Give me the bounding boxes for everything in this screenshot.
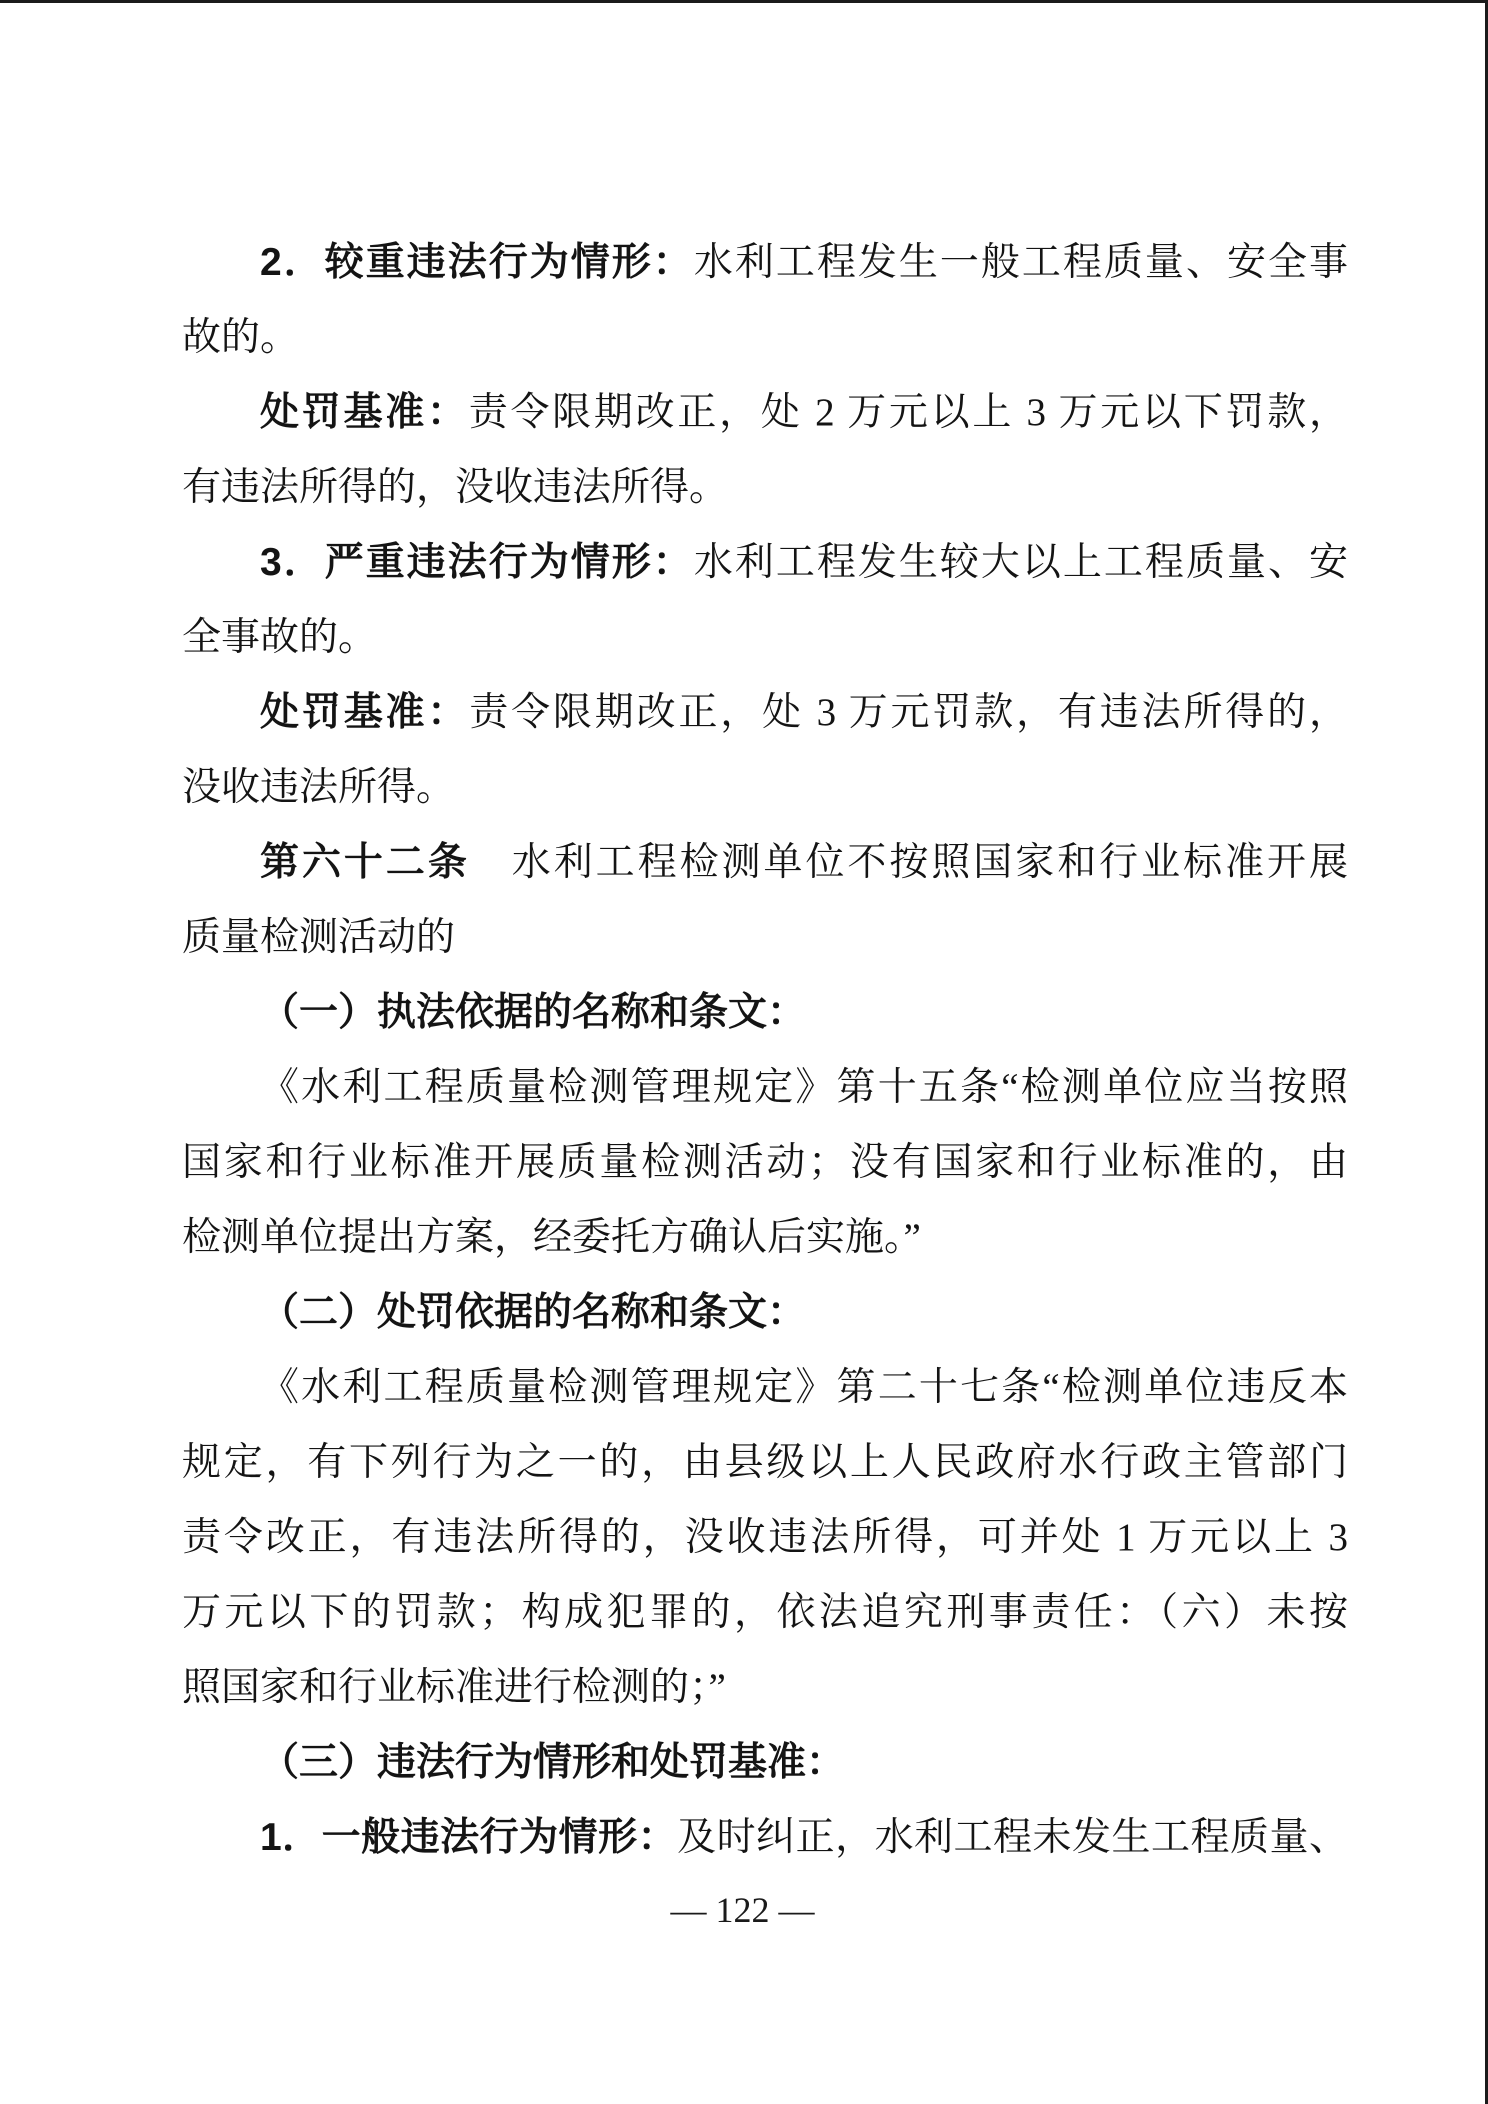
text-segment: 水利工程检测单位不按照国家和行业标准开展 <box>470 841 1348 884</box>
text-segment-emphasis: （三）违法行为情形和处罚基准： <box>260 1741 845 1784</box>
text-segment-emphasis: 处罚基准： <box>260 391 469 434</box>
text-line: 规定，有下列行为之一的，由县级以上人民政府水行政主管部门 <box>182 1425 1348 1500</box>
text-line: （一）执法依据的名称和条文： <box>182 975 1348 1050</box>
text-line: 处罚基准：责令限期改正，处 3 万元罚款，有违法所得的， <box>182 675 1348 750</box>
document-page: 2．较重违法行为情形：水利工程发生一般工程质量、安全事故的。处罚基准：责令限期改… <box>0 0 1488 2104</box>
text-segment: 责令限期改正，处 2 万元以上 3 万元以下罚款， <box>469 391 1348 434</box>
text-line: 国家和行业标准开展质量检测活动；没有国家和行业标准的，由 <box>182 1125 1348 1200</box>
text-line: 2．较重违法行为情形：水利工程发生一般工程质量、安全事 <box>182 225 1348 300</box>
text-line: 《水利工程质量检测管理规定》第二十七条“检测单位违反本 <box>182 1350 1348 1425</box>
text-segment-emphasis: 1．一般违法行为情形： <box>260 1816 677 1859</box>
text-segment: 《水利工程质量检测管理规定》第十五条“检测单位应当按照 <box>260 1066 1348 1109</box>
text-segment-emphasis: （一）执法依据的名称和条文： <box>260 991 806 1034</box>
text-line: 照国家和行业标准进行检测的；” <box>182 1650 1348 1725</box>
text-segment: 水利工程发生一般工程质量、安全事 <box>694 241 1348 284</box>
text-segment-emphasis: 3．严重违法行为情形： <box>260 541 694 584</box>
text-line: 责令改正，有违法所得的，没收违法所得，可并处 1 万元以上 3 <box>182 1500 1348 1575</box>
text-segment: 有违法所得的，没收违法所得。 <box>182 466 728 509</box>
text-segment-emphasis: （二）处罚依据的名称和条文： <box>260 1291 806 1334</box>
text-line: 全事故的。 <box>182 600 1348 675</box>
text-line: 处罚基准：责令限期改正，处 2 万元以上 3 万元以下罚款， <box>182 375 1348 450</box>
text-segment-emphasis: 2．较重违法行为情形： <box>260 241 694 284</box>
text-segment: 照国家和行业标准进行检测的；” <box>182 1666 726 1709</box>
text-segment-emphasis: 处罚基准： <box>260 691 469 734</box>
text-line: 万元以下的罚款；构成犯罪的，依法追究刑事责任：（六）未按 <box>182 1575 1348 1650</box>
text-line: 故的。 <box>182 300 1348 375</box>
text-line: （三）违法行为情形和处罚基准： <box>182 1725 1348 1800</box>
text-segment: 《水利工程质量检测管理规定》第二十七条“检测单位违反本 <box>260 1366 1348 1409</box>
text-segment: 国家和行业标准开展质量检测活动；没有国家和行业标准的，由 <box>182 1141 1348 1184</box>
text-line: 没收违法所得。 <box>182 750 1348 825</box>
text-line: 《水利工程质量检测管理规定》第十五条“检测单位应当按照 <box>182 1050 1348 1125</box>
text-segment: 水利工程发生较大以上工程质量、安 <box>694 541 1348 584</box>
text-line: 检测单位提出方案，经委托方确认后实施。” <box>182 1200 1348 1275</box>
text-line: 第六十二条 水利工程检测单位不按照国家和行业标准开展 <box>182 825 1348 900</box>
text-line: （二）处罚依据的名称和条文： <box>182 1275 1348 1350</box>
text-segment: 万元以下的罚款；构成犯罪的，依法追究刑事责任：（六）未按 <box>182 1591 1348 1634</box>
text-segment: 检测单位提出方案，经委托方确认后实施。” <box>182 1216 921 1259</box>
document-body: 2．较重违法行为情形：水利工程发生一般工程质量、安全事故的。处罚基准：责令限期改… <box>182 225 1348 1875</box>
text-segment: 故的。 <box>182 316 299 359</box>
text-segment: 规定，有下列行为之一的，由县级以上人民政府水行政主管部门 <box>182 1441 1348 1484</box>
text-line: 1．一般违法行为情形：及时纠正，水利工程未发生工程质量、 <box>182 1800 1348 1875</box>
page-footer: — 122 — <box>0 1892 1485 1928</box>
text-segment: 全事故的。 <box>182 616 377 659</box>
text-line: 有违法所得的，没收违法所得。 <box>182 450 1348 525</box>
text-segment: 责令改正，有违法所得的，没收违法所得，可并处 1 万元以上 3 <box>182 1516 1348 1559</box>
text-segment: 没收违法所得。 <box>182 766 455 809</box>
text-line: 质量检测活动的 <box>182 900 1348 975</box>
text-segment: 质量检测活动的 <box>182 916 455 959</box>
text-segment: 及时纠正，水利工程未发生工程质量、 <box>677 1816 1348 1859</box>
text-segment-emphasis: 第六十二条 <box>260 841 470 884</box>
text-line: 3．严重违法行为情形：水利工程发生较大以上工程质量、安 <box>182 525 1348 600</box>
page-number: — 122 — <box>671 1890 815 1930</box>
text-segment: 责令限期改正，处 3 万元罚款，有违法所得的， <box>469 691 1348 734</box>
